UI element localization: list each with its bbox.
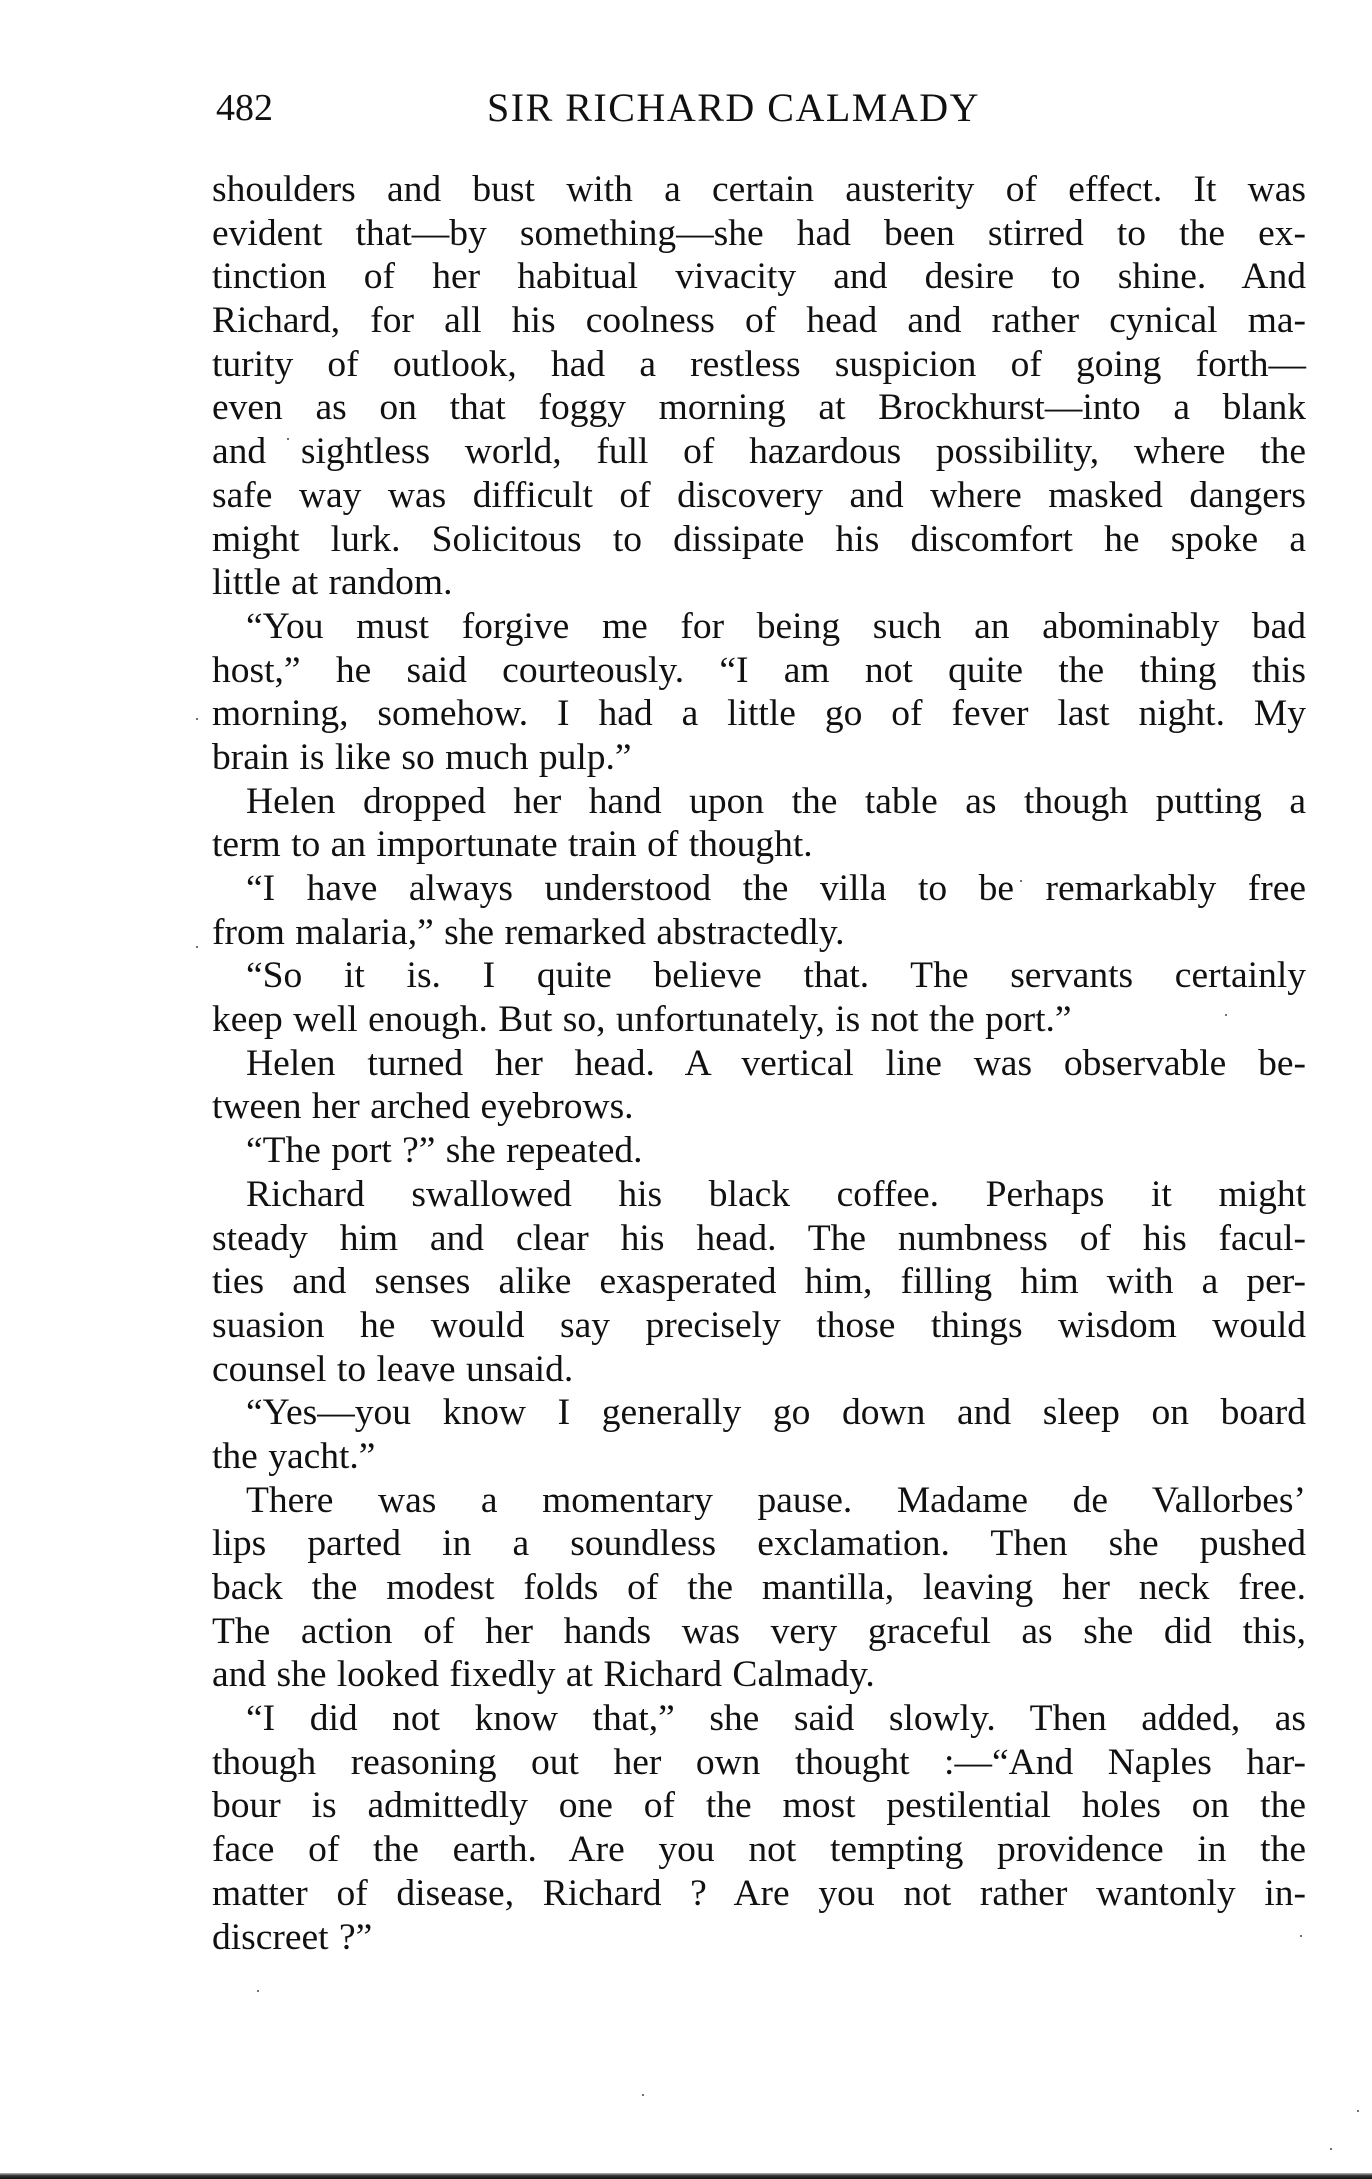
text-line: back the modest folds of the mantilla, l… (212, 1566, 1306, 1610)
scan-speck (1300, 1935, 1302, 1937)
text-line: Helen turned her head. A vertical line w… (212, 1042, 1306, 1086)
text-line: term to an importunate train of thought. (212, 823, 1306, 867)
text-line: brain is like so much pulp.” (212, 736, 1306, 780)
text-line: “Yes—you know I generally go down and sl… (212, 1391, 1306, 1435)
scan-speck (1020, 880, 1022, 882)
text-line: “I did not know that,” she said slowly. … (212, 1697, 1306, 1741)
text-line: safe way was difficult of discovery and … (212, 474, 1306, 518)
text-line: shoulders and bust with a certain auster… (212, 168, 1306, 212)
running-head: 482 SIR RICHARD CALMADY (214, 84, 1308, 132)
page-number: 482 (216, 84, 273, 132)
text-line: “The port ?” she repeated. (212, 1129, 1306, 1173)
text-line: There was a momentary pause. Madame de V… (212, 1479, 1306, 1523)
text-line: though reasoning out her own thought :—“… (212, 1741, 1306, 1785)
text-line: turity of outlook, had a restless suspic… (212, 343, 1306, 387)
text-line: little at random. (212, 561, 1306, 605)
text-line: and sightless world, full of hazardous p… (212, 430, 1306, 474)
scan-speck (287, 438, 289, 440)
text-line: host,” he said courteously. “I am not qu… (212, 649, 1306, 693)
book-page: 482 SIR RICHARD CALMADY shoulders and bu… (0, 0, 1372, 2179)
text-line: “So it is. I quite believe that. The ser… (212, 954, 1306, 998)
scan-speck (196, 718, 198, 720)
scan-speck (642, 2094, 644, 2096)
text-line: morning, somehow. I had a little go of f… (212, 692, 1306, 736)
text-line: face of the earth. Are you not tempting … (212, 1828, 1306, 1872)
text-line: tween her arched eyebrows. (212, 1085, 1306, 1129)
text-line: suasion he would say precisely those thi… (212, 1304, 1306, 1348)
text-line: The action of her hands was very gracefu… (212, 1610, 1306, 1654)
text-line: evident that—by something—she had been s… (212, 212, 1306, 256)
scan-speck (1357, 2110, 1359, 2112)
scan-speck (1330, 2148, 1332, 2150)
text-line: “I have always understood the villa to b… (212, 867, 1306, 911)
text-line: might lurk. Solicitous to dissipate his … (212, 518, 1306, 562)
scan-speck (196, 946, 198, 948)
text-line: keep well enough. But so, unfortunately,… (212, 998, 1306, 1042)
text-line: steady him and clear his head. The numbn… (212, 1217, 1306, 1261)
text-line: and she looked fixedly at Richard Calmad… (212, 1653, 1306, 1697)
text-line: from malaria,” she remarked abstractedly… (212, 911, 1306, 955)
text-line: matter of disease, Richard ? Are you not… (212, 1872, 1306, 1916)
scan-speck (257, 1990, 259, 1992)
text-line: tinction of her habitual vivacity and de… (212, 255, 1306, 299)
text-line: even as on that foggy morning at Brockhu… (212, 386, 1306, 430)
text-line: “You must forgive me for being such an a… (212, 605, 1306, 649)
text-line: ties and senses alike exasperated him, f… (212, 1260, 1306, 1304)
text-line: Richard swallowed his black coffee. Perh… (212, 1173, 1306, 1217)
text-line: discreet ?” (212, 1916, 1306, 1960)
text-line: Helen dropped her hand upon the table as… (212, 780, 1306, 824)
text-line: lips parted in a soundless exclamation. … (212, 1522, 1306, 1566)
text-line: counsel to leave unsaid. (212, 1348, 1306, 1392)
text-line: bour is admittedly one of the most pesti… (212, 1784, 1306, 1828)
text-line: Richard, for all his coolness of head an… (212, 299, 1306, 343)
scan-edge-line (0, 2173, 1372, 2179)
running-title: SIR RICHARD CALMADY (487, 84, 980, 132)
text-line: the yacht.” (212, 1435, 1306, 1479)
scan-speck (1225, 1014, 1227, 1016)
body-text: shoulders and bust with a certain auster… (212, 168, 1306, 1959)
